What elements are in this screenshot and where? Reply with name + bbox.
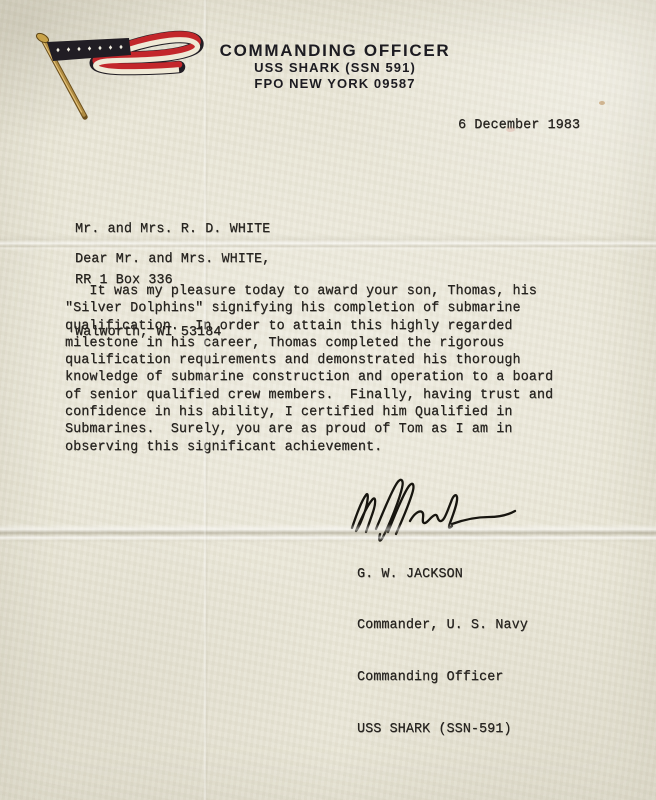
commissioning-pennant-icon	[30, 25, 220, 155]
letterhead-title: COMMANDING OFFICER	[213, 41, 457, 60]
letterhead: COMMANDING OFFICER USS SHARK (SSN 591) F…	[213, 41, 457, 91]
paper-speck	[599, 101, 605, 105]
date-line: 6 December 1983	[458, 117, 580, 134]
letter-document: COMMANDING OFFICER USS SHARK (SSN 591) F…	[0, 0, 656, 800]
address-line: Mr. and Mrs. R. D. WHITE	[75, 221, 270, 238]
letterhead-ship: USS SHARK (SSN 591)	[213, 60, 457, 76]
signer-title: Commanding Officer	[357, 669, 528, 686]
signature-block: G. W. JACKSON Commander, U. S. Navy Comm…	[357, 531, 528, 773]
signer-rank: Commander, U. S. Navy	[357, 617, 528, 634]
fold-crease-bottom	[0, 524, 656, 543]
signer-ship: USS SHARK (SSN-591)	[357, 721, 528, 738]
signer-name: G. W. JACKSON	[357, 566, 528, 583]
letterhead-fpo: FPO NEW YORK 09587	[213, 76, 457, 92]
salutation: Dear Mr. and Mrs. WHITE,	[75, 251, 270, 268]
letter-body: It was my pleasure today to award your s…	[65, 283, 553, 456]
